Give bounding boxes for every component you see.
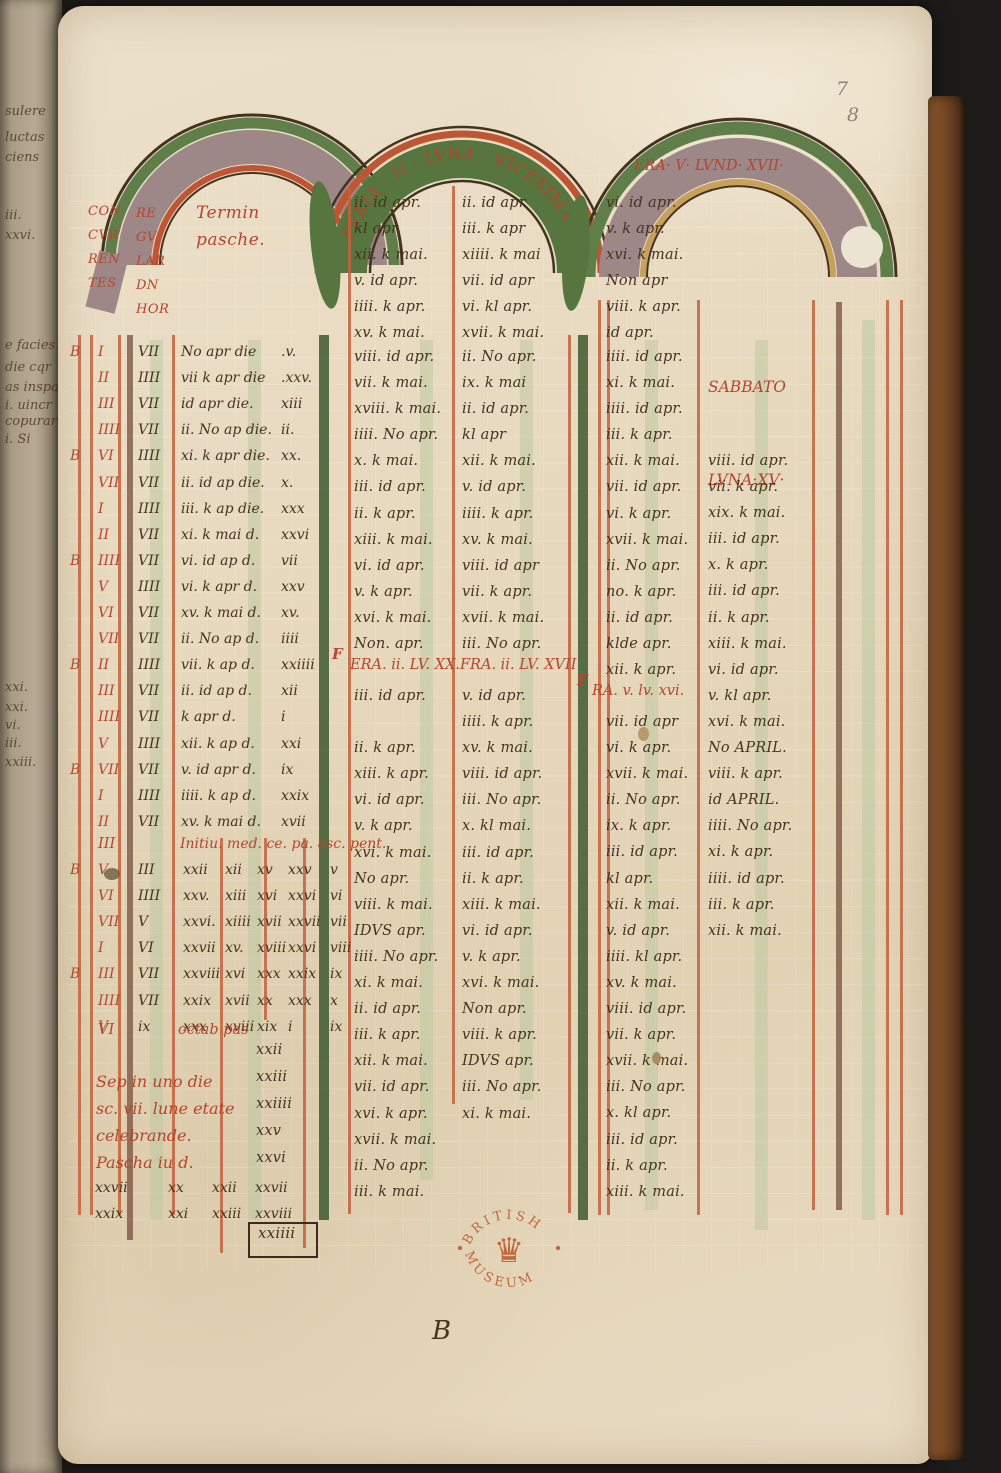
- date-cell: viii. k apr.: [462, 1022, 542, 1048]
- table-row: VIIIIxii. k ap d.xxi: [0, 736, 360, 762]
- date-cell: xv: [257, 862, 273, 878]
- date-cell: ii. k apr.: [708, 605, 792, 631]
- column4-feria-rubric: RA. v. lv. xvi.: [592, 683, 684, 699]
- date-cell: vi. id ap d.: [181, 553, 255, 569]
- date-cell: xviii. k mai.: [354, 396, 441, 422]
- table-row: IIIIVIIii. No ap die.ii.: [0, 422, 360, 448]
- stamp-crown-icon: ♛: [494, 1231, 524, 1271]
- date-cell: xvii. k mai.: [462, 605, 544, 631]
- concurrent-numeral: I: [98, 344, 104, 360]
- date-cell: viii. id apr: [462, 553, 544, 579]
- date-cell: xvii. k mai.: [606, 527, 688, 553]
- header-line: RE: [136, 202, 169, 226]
- header-line: Termin: [196, 200, 265, 227]
- date-cell: xii. k mai.: [708, 918, 792, 944]
- table-row: VIIVIIii. No ap d.iiii: [0, 631, 360, 657]
- date-cell: k apr d.: [181, 709, 236, 725]
- date-cell: vii. id apr.: [606, 474, 688, 500]
- date-cell: IIII: [138, 657, 160, 673]
- date-cell: xvi: [257, 888, 277, 904]
- date-cell: Non. apr.: [354, 631, 441, 657]
- date-cell: xi. k mai.: [606, 370, 688, 396]
- maroon-rule: [836, 302, 842, 1210]
- date-cell: xi. k mai.: [354, 970, 438, 996]
- date-cell: v. k apr.: [354, 579, 441, 605]
- date-cell: No apr.: [354, 866, 438, 892]
- table-row: IIIIIiiii. k ap d.xxix: [0, 788, 360, 814]
- date-cell: xvii. k mai.: [606, 761, 688, 787]
- date-cell: xx: [168, 1180, 184, 1196]
- date-cell: ii. No apr.: [354, 1153, 438, 1179]
- date-cell: xviii: [257, 940, 286, 956]
- date-cell: xv.: [225, 940, 244, 956]
- header-line: pasche.: [196, 227, 265, 254]
- quire-letter-b: B: [432, 1316, 451, 1346]
- date-cell: ii. k apr.: [462, 866, 542, 892]
- date-cell: xii. k ap d.: [181, 736, 255, 752]
- concurrent-numeral: II: [98, 370, 109, 386]
- date-cell: xv. k mai d.: [181, 814, 261, 830]
- table-row: xxviixxxxiixxvii: [0, 1180, 360, 1206]
- date-cell: VII: [138, 344, 159, 360]
- column4-dates-upper: vi. id apr.v. k apr.xvi. k mai.Non aprvi…: [606, 190, 683, 347]
- feria-marker-col2: F: [332, 645, 343, 663]
- table-row: IIIVIIii. id ap d.xii: [0, 683, 360, 709]
- date-cell: viii. id apr.: [354, 344, 441, 370]
- date-cell: ix. k mai: [462, 370, 544, 396]
- date-cell: xiii. k mai.: [354, 527, 441, 553]
- table-row: IIIVIIid apr die.xiii: [0, 396, 360, 422]
- date-cell: ii. k apr.: [354, 735, 438, 761]
- parchment-damage-spot: [841, 226, 883, 268]
- date-cell: iii. k mai.: [354, 1179, 438, 1205]
- date-cell: xi. k mai.: [462, 1101, 542, 1127]
- red-rule: [697, 300, 700, 1215]
- left-edge-fragment: sulere: [5, 104, 46, 119]
- folio-number-pencil-7: 7: [836, 78, 848, 100]
- date-cell: xxix: [183, 993, 211, 1009]
- date-cell: xxi: [281, 736, 301, 752]
- table-row: IIVIIxi. k mai d.xxvi: [0, 527, 360, 553]
- concurrent-numeral: VII: [98, 762, 119, 778]
- date-cell: xxiii: [212, 1206, 241, 1222]
- left-edge-fragment: ciens: [5, 150, 39, 165]
- red-rule: [886, 300, 889, 1215]
- header-line: LAR: [136, 250, 169, 274]
- left-edge-fragment: iii.: [5, 208, 22, 223]
- date-cell: xxiiii: [281, 657, 315, 673]
- table-row: BIIIIIIvii. k ap d.xxiiii: [0, 657, 360, 683]
- date-cell: xiii. k apr.: [354, 761, 438, 787]
- date-cell: xv. k mai d.: [181, 605, 261, 621]
- concurrent-numeral: V: [98, 579, 108, 595]
- date-cell: iii. No apr.: [462, 787, 542, 813]
- date-cell: xv.: [281, 605, 300, 621]
- header-line: CON: [88, 200, 121, 224]
- date-cell: IIII: [138, 788, 160, 804]
- table-row: VIIVIIii. id ap die.x.: [0, 475, 360, 501]
- header-line: TES: [88, 272, 121, 296]
- date-cell: vi. k apr d.: [181, 579, 257, 595]
- concurrent-numeral: II: [98, 814, 109, 830]
- column3-dates: ii. No apr.ix. k maiii. id apr.kl aprxii…: [462, 344, 544, 657]
- table-row: IIIIIIvii k apr die.xxv.: [0, 370, 360, 396]
- table-row: VIVIIxv. k mai d.xv.: [0, 605, 360, 631]
- manuscript-photo: sulereluctasciensiii.xxvi.e facies.die c…: [0, 0, 1001, 1473]
- date-cell: xii. k apr.: [606, 657, 688, 683]
- date-cell: xiii. k mai.: [606, 1179, 688, 1205]
- date-cell: xii: [281, 683, 298, 699]
- date-cell: VII: [138, 527, 159, 543]
- date-cell: ii. id apr: [462, 190, 544, 216]
- date-cell: VII: [138, 553, 159, 569]
- date-cell: xiiii: [225, 914, 251, 930]
- concurrent-numeral: I: [98, 788, 104, 804]
- date-cell: III: [138, 862, 155, 878]
- date-cell: xvi. k mai.: [708, 709, 792, 735]
- date-cell: x. k mai.: [354, 448, 441, 474]
- date-cell: viii. id apr.: [462, 761, 542, 787]
- date-cell: xi. k mai d.: [181, 527, 259, 543]
- date-cell: ii. No apr.: [606, 553, 688, 579]
- concurrent-numeral: I: [98, 501, 104, 517]
- lunar-age-value: xxv: [256, 1123, 281, 1139]
- date-cell: iiii. id apr.: [606, 344, 688, 370]
- date-cell: xvii: [281, 814, 306, 830]
- date-cell: xii. k mai.: [606, 448, 688, 474]
- date-cell: x. k apr.: [708, 552, 792, 578]
- date-cell: v. kl apr.: [708, 683, 792, 709]
- date-cell: kl apr: [462, 422, 544, 448]
- date-cell: iii. id apr.: [462, 840, 542, 866]
- concurrent-numeral: B: [70, 862, 80, 878]
- date-cell: xxv.: [183, 888, 210, 904]
- date-cell: klde apr.: [606, 631, 688, 657]
- date-cell: viii. id apr.: [606, 996, 688, 1022]
- date-cell: xix: [257, 1019, 277, 1035]
- date-cell: xxix: [281, 788, 309, 804]
- concurrent-numeral: VII: [98, 914, 119, 930]
- date-cell: ii. id apr.: [354, 190, 428, 216]
- concurrent-numeral: B: [70, 966, 80, 982]
- date-cell: x. kl mai.: [462, 813, 542, 839]
- date-cell: id apr.: [606, 320, 683, 346]
- date-cell: xv. k mai.: [606, 970, 688, 996]
- date-cell: vi. k apr.: [606, 501, 688, 527]
- column5-dates: viii. id apr.vii. k apr.xix. k mai.iii. …: [708, 448, 792, 944]
- date-cell: xx.: [281, 448, 301, 464]
- header-line: HOR: [136, 298, 169, 322]
- date-cell: xii: [225, 862, 242, 878]
- column3-dates-upper: ii. id apriii. k aprxiiii. k maivii. id …: [462, 190, 544, 347]
- date-cell: xxix: [95, 1206, 123, 1222]
- date-cell: IDVS apr.: [462, 1048, 542, 1074]
- date-cell: ix. k apr.: [606, 813, 688, 839]
- date-cell: ii. k apr.: [606, 1153, 688, 1179]
- date-cell: iiii. k apr.: [462, 501, 544, 527]
- british-museum-stamp: BRITISH MUSEUM ♛: [450, 1192, 568, 1300]
- table-row: IVIxxviixv.xviiixxviviii: [0, 940, 360, 966]
- date-cell: ii. No ap die.: [181, 422, 272, 438]
- date-cell: xxvii: [288, 914, 321, 930]
- date-cell: IIII: [138, 579, 160, 595]
- paschal-note-line: Pascha iu d.: [96, 1153, 194, 1172]
- date-cell: ix: [138, 1019, 150, 1035]
- date-cell: i: [281, 709, 285, 725]
- date-cell: VII: [138, 966, 159, 982]
- green-stripe: [862, 320, 875, 1220]
- date-cell: VII: [138, 993, 159, 1009]
- date-cell: v: [330, 862, 338, 878]
- date-cell: iii. id apr.: [354, 474, 441, 500]
- red-rule: [598, 300, 601, 1215]
- table-row: BIIIIVIIvi. id ap d.vii: [0, 553, 360, 579]
- date-cell: xxvi.: [183, 914, 216, 930]
- date-cell: v. k apr.: [606, 216, 683, 242]
- date-cell: xvi. k apr.: [354, 1101, 438, 1127]
- date-cell: iii. k apr.: [708, 892, 792, 918]
- folio-number-pencil-8: 8: [847, 104, 859, 126]
- date-cell: iiii. k apr.: [462, 709, 542, 735]
- date-cell: VI: [138, 940, 154, 956]
- date-cell: vi. kl apr.: [462, 294, 544, 320]
- date-cell: iii. No apr.: [462, 1074, 542, 1100]
- table-row: VIIIIvi. k apr d.xxv: [0, 579, 360, 605]
- date-cell: iii. No apr.: [462, 631, 544, 657]
- table-row: BIVIINo apr die.v.: [0, 344, 360, 370]
- date-cell: iiii. No apr.: [354, 944, 438, 970]
- date-cell: iii. id apr.: [354, 683, 438, 709]
- date-cell: v. id apr.: [354, 268, 428, 294]
- column3-dates-lower: v. id apr.iiii. k apr.xv. k mai.viii. id…: [462, 683, 542, 1127]
- date-cell: v. k apr.: [462, 944, 542, 970]
- date-cell: vi: [330, 888, 342, 904]
- date-cell: xv. k mai.: [462, 527, 544, 553]
- date-cell: ix: [330, 966, 342, 982]
- lunar-age-value: xxii: [256, 1042, 282, 1058]
- date-cell: iii. id apr.: [708, 526, 792, 552]
- date-cell: IIII: [138, 501, 160, 517]
- date-cell: iii. id apr.: [606, 1127, 688, 1153]
- paschal-note-line: celebrande.: [96, 1126, 192, 1145]
- date-cell: No APRIL.: [708, 735, 792, 761]
- date-cell: iiii. kl apr.: [606, 944, 688, 970]
- date-cell: xxvii: [95, 1180, 128, 1196]
- date-cell: v. id apr d.: [181, 762, 256, 778]
- red-rule: [900, 300, 903, 1215]
- date-cell: IDVS apr.: [354, 918, 438, 944]
- concurrent-numeral: III: [98, 966, 115, 982]
- date-cell: xi. k apr die.: [181, 448, 270, 464]
- date-cell: xx: [257, 993, 273, 1009]
- date-cell: xxi: [168, 1206, 188, 1222]
- date-cell: xxvi: [288, 888, 316, 904]
- date-cell: iiii. No apr.: [354, 422, 441, 448]
- date-cell: IIII: [138, 448, 160, 464]
- concurrent-numeral: VI: [98, 605, 114, 621]
- left-edge-fragment: luctas: [5, 130, 44, 145]
- date-cell: vii. id apr.: [354, 1074, 438, 1100]
- table-row: VIIIIIxxv.xiiixvixxvivi: [0, 888, 360, 914]
- date-cell: xii. k mai.: [354, 1048, 438, 1074]
- book-leather-edge: [928, 96, 965, 1460]
- date-cell: vii. k ap d.: [181, 657, 255, 673]
- date-cell: v. k apr.: [354, 813, 438, 839]
- date-cell: xix. k mai.: [708, 500, 792, 526]
- date-cell: xiii: [281, 396, 302, 412]
- table-row: IIIIVIIxxixxviixxxxxx: [0, 993, 360, 1019]
- date-cell: xxii: [183, 862, 208, 878]
- date-cell: vii. k apr.: [606, 1022, 688, 1048]
- date-cell: xvi: [225, 966, 245, 982]
- date-cell: viii. k mai.: [354, 892, 438, 918]
- date-cell: no. k apr.: [606, 579, 688, 605]
- date-cell: vi. id apr.: [606, 190, 683, 216]
- table-row: BIIIVIIxxviiixvixxxxxixix: [0, 966, 360, 992]
- date-cell: iii. k apr.: [354, 1022, 438, 1048]
- date-cell: iii. k apr: [462, 216, 544, 242]
- concurrent-numeral: B: [70, 657, 80, 673]
- date-cell: vii. k mai.: [354, 370, 441, 396]
- header-regulares: REGVLARDNHOR: [136, 202, 169, 322]
- date-cell: iiii: [281, 631, 299, 647]
- date-cell: xxviii: [183, 966, 220, 982]
- date-cell: iiii. id apr.: [606, 396, 688, 422]
- date-cell: IIII: [138, 370, 160, 386]
- concurrent-numeral: II: [98, 657, 109, 673]
- date-cell: xxvii: [255, 1180, 288, 1196]
- concurrent-numeral: VI: [98, 888, 114, 904]
- paschal-note-line: sc. vii. lune etate: [96, 1099, 234, 1118]
- date-cell: vii: [281, 553, 298, 569]
- concurrent-numeral: IIII: [98, 553, 120, 569]
- date-cell: xxvi: [288, 940, 316, 956]
- date-cell: xxii: [212, 1180, 237, 1196]
- lunar-age-value: xxiii: [256, 1069, 287, 1085]
- date-cell: xii. k mai.: [354, 242, 428, 268]
- concurrent-numeral: IIII: [98, 422, 120, 438]
- date-cell: iii. id apr.: [606, 839, 688, 865]
- date-cell: viii. k apr.: [606, 294, 683, 320]
- date-cell: v. id apr.: [606, 918, 688, 944]
- date-cell: viii: [330, 940, 351, 956]
- date-cell: x: [330, 993, 338, 1009]
- column4-dates: iiii. id apr.xi. k mai.iiii. id apr.iii.…: [606, 344, 688, 683]
- date-cell: xxix: [288, 966, 316, 982]
- date-cell: IIII: [138, 888, 160, 904]
- concurrent-numeral: IIII: [98, 993, 120, 1009]
- paschal-note-line: Sep in uno die: [96, 1072, 212, 1091]
- date-cell: VII: [138, 605, 159, 621]
- concurrent-numeral: I: [98, 940, 104, 956]
- concurrent-numeral: VI: [98, 448, 114, 464]
- date-cell: vii: [330, 914, 347, 930]
- date-cell: ii. id ap d.: [181, 683, 252, 699]
- date-cell: xvi. k mai.: [606, 242, 683, 268]
- date-cell: VII: [138, 814, 159, 830]
- date-cell: iii. k apr.: [606, 422, 688, 448]
- date-cell: iii. id apr.: [708, 578, 792, 604]
- date-cell: VII: [138, 475, 159, 491]
- date-cell: ii. id apr.: [354, 996, 438, 1022]
- column2-dates-lower: iii. id apr.ii. k apr.xiii. k apr.vi. id…: [354, 683, 438, 1205]
- date-cell: iii. No apr.: [606, 1074, 688, 1100]
- date-cell: ii. id ap die.: [181, 475, 265, 491]
- concurrent-numeral: B: [70, 344, 80, 360]
- column4-dates-lower: vii. id aprvi. k apr.xvii. k mai.ii. No …: [606, 709, 688, 1205]
- date-cell: ii.: [281, 422, 294, 438]
- octab-concurrent: VI: [98, 1022, 114, 1038]
- concurrent-numeral: III: [98, 683, 115, 699]
- date-cell: No apr die: [181, 344, 256, 360]
- date-cell: iiii. k ap d.: [181, 788, 256, 804]
- date-cell: vii k apr die: [181, 370, 265, 386]
- date-cell: iiii. k apr.: [354, 294, 428, 320]
- header-line: REN: [88, 248, 121, 272]
- date-cell: vii. k apr.: [708, 474, 792, 500]
- concurrent-numeral: III: [98, 396, 115, 412]
- date-cell: i: [288, 1019, 292, 1035]
- table-row: BVIIVIIv. id apr d.ix: [0, 762, 360, 788]
- header-line: GV: [136, 226, 169, 250]
- date-cell: vii. id apr: [462, 268, 544, 294]
- header-line: DN: [136, 274, 169, 298]
- date-cell: kl apr.: [606, 866, 688, 892]
- table-row: IIIIIiii. k ap die.xxx: [0, 501, 360, 527]
- date-cell: VII: [138, 396, 159, 412]
- parchment-stain: [104, 868, 120, 880]
- date-cell: ii. id apr.: [462, 396, 544, 422]
- date-cell: xxx: [281, 501, 305, 517]
- date-cell: xiii. k mai.: [462, 892, 542, 918]
- header-termini-paschae: Terminpasche.: [196, 200, 265, 254]
- date-cell: xxx: [288, 993, 312, 1009]
- date-cell: v. id apr.: [462, 474, 544, 500]
- header-concurrentes: CONCVRRENTES: [88, 200, 121, 296]
- date-cell: x. kl apr.: [606, 1100, 688, 1126]
- date-cell: VII: [138, 683, 159, 699]
- date-cell: ix: [330, 1019, 342, 1035]
- date-cell: xvii. k mai.: [462, 320, 544, 346]
- red-rule: [568, 335, 571, 1213]
- date-cell: ii. k apr.: [354, 501, 441, 527]
- date-cell: vi. id apr.: [462, 918, 542, 944]
- boxed-value: xxiiii: [258, 1224, 295, 1242]
- date-cell: VII: [138, 422, 159, 438]
- date-cell: vii. k apr.: [462, 579, 544, 605]
- column3-feria-rubric: FRA. ii. LV. XVII: [460, 657, 576, 673]
- date-cell: V: [138, 914, 148, 930]
- date-cell: xxvii: [183, 940, 216, 956]
- date-cell: xvii: [225, 993, 250, 1009]
- date-cell: iiii. No apr.: [708, 813, 792, 839]
- header-sabbato-line1: SABBATO: [708, 372, 786, 403]
- red-rule: [812, 300, 815, 1210]
- date-cell: Non apr: [606, 268, 683, 294]
- date-cell: VII: [138, 709, 159, 725]
- date-cell: .xxv.: [281, 370, 312, 386]
- date-cell: xiii. k mai.: [708, 631, 792, 657]
- initium-concurrent: III: [98, 836, 115, 852]
- concurrent-numeral: V: [98, 736, 108, 752]
- date-cell: ii. No apr.: [462, 344, 544, 370]
- date-cell: xvii: [257, 914, 282, 930]
- date-cell: vi. id apr.: [708, 657, 792, 683]
- table-row: BVIIIIIxi. k apr die.xx.: [0, 448, 360, 474]
- table-row: BVIIIxxiixiixvxxvv: [0, 862, 360, 888]
- lunar-age-value: xxvi: [256, 1150, 286, 1166]
- octab-pasche-rubric: octab pas: [178, 1022, 249, 1038]
